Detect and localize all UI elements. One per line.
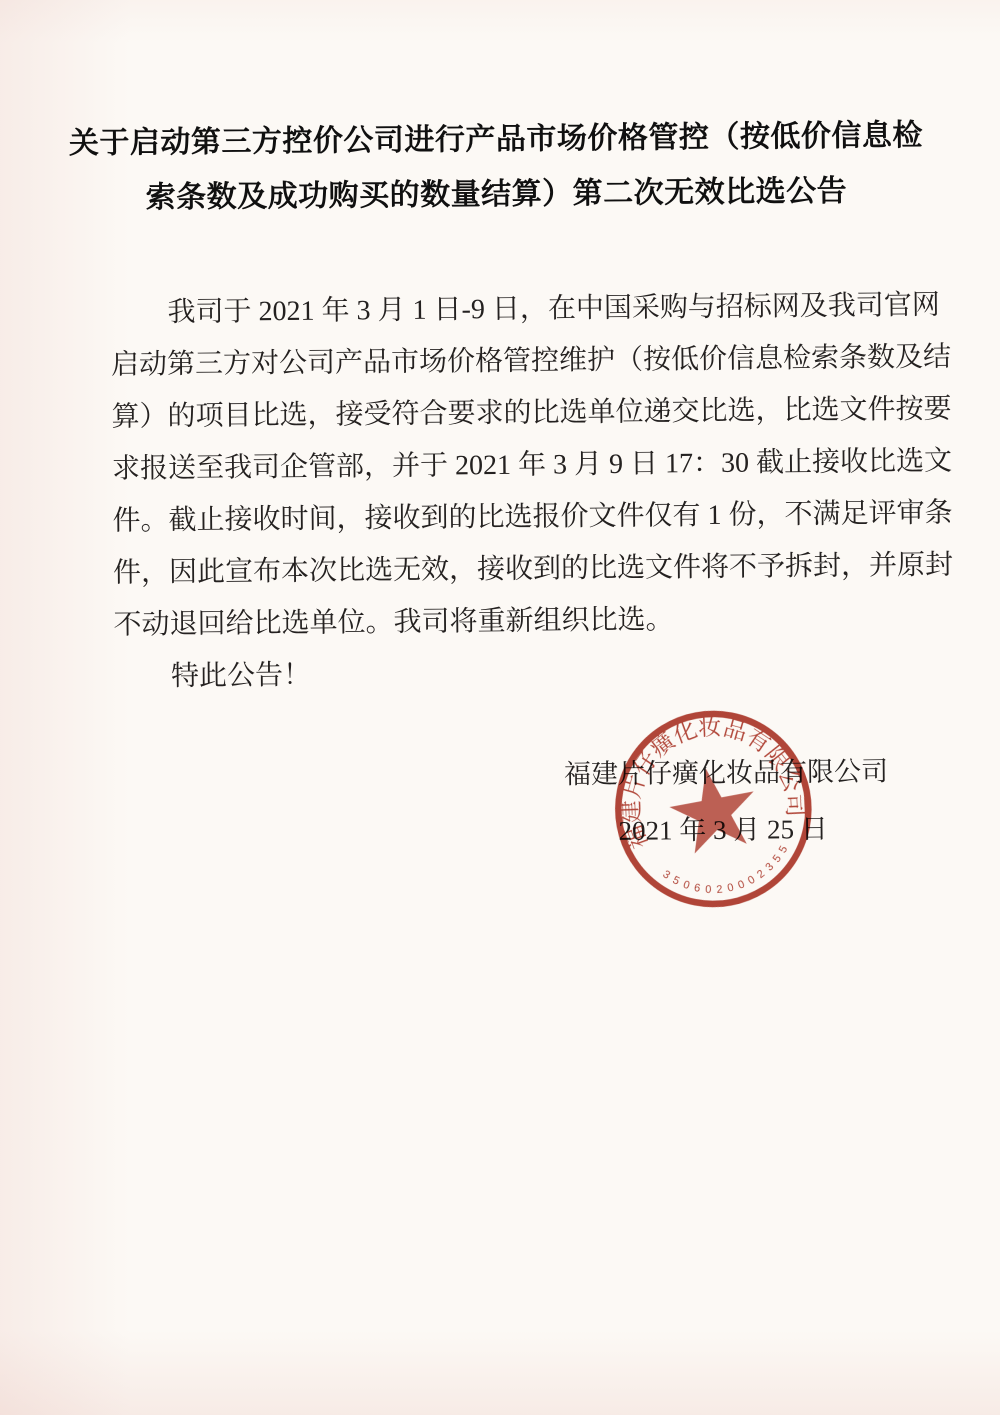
body-line: 启动第三方对公司产品市场价格管控维护（按低价信息检索条数及结 <box>111 332 903 392</box>
body-line: 件。截止接收时间，接收到的比选报价文件仅有 1 份，不满足评审条 <box>112 488 904 548</box>
body-line: 件，因此宣布本次比选无效，接收到的比选文件将不予拆封，并原封 <box>113 540 905 600</box>
title-line-2: 索条数及成功购买的数量结算）第二次无效比选公告 <box>56 163 936 226</box>
scanned-announcement-page: 关于启动第三方控价公司进行产品市场价格管控（按低价信息检 索条数及成功购买的数量… <box>0 0 1000 1415</box>
body-line: 求报送至我司企管部，并于 2021 年 3 月 9 日 17：30 截止接收比选… <box>112 436 904 496</box>
announcement-title: 关于启动第三方控价公司进行产品市场价格管控（按低价信息检 索条数及成功购买的数量… <box>56 108 937 226</box>
announcement-body: 我司于 2021 年 3 月 1 日-9 日，在中国采购与招标网及我司官网 启动… <box>110 280 906 704</box>
seal-star-icon <box>664 761 763 857</box>
body-line: 算）的项目比选，接受符合要求的比选单位递交比选，比选文件按要 <box>111 384 903 444</box>
body-line: 我司于 2021 年 3 月 1 日-9 日，在中国采购与招标网及我司官网 <box>110 280 902 340</box>
company-seal-stamp-icon: 福建片仔癀化妆品有限公司 3506020002355 <box>594 690 832 928</box>
body-line: 不动退回给比选单位。我司将重新组织比选。 <box>113 592 905 652</box>
title-line-1: 关于启动第三方控价公司进行产品市场价格管控（按低价信息检 <box>56 108 936 171</box>
